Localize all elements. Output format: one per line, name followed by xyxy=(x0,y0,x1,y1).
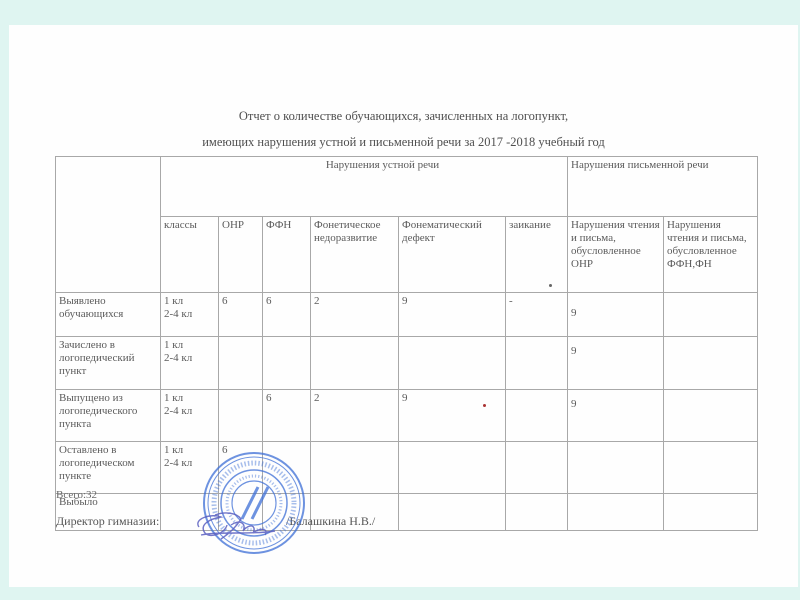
signature-icon xyxy=(191,505,281,545)
cell-ffn: 6 xyxy=(263,390,311,442)
row-label: Оставлено в логопедическом пункте xyxy=(56,442,161,494)
cell-rw-ffn xyxy=(664,293,758,337)
cell-phonemic xyxy=(399,442,506,494)
cell-rw-onr: 9 xyxy=(568,337,664,390)
table-row: Выбыло xyxy=(56,494,758,531)
cell-stutter: - xyxy=(506,293,568,337)
cell-phonemic xyxy=(399,494,506,531)
cell-phonemic: 9 xyxy=(399,293,506,337)
cell-phonetic xyxy=(311,442,399,494)
col-header-rw-onr: Нарушения чтения и письма, обусловленное… xyxy=(568,217,664,293)
column-header-row: классы ОНР ФФН Фонетическое недоразвитие… xyxy=(56,217,758,293)
cell-stutter xyxy=(506,337,568,390)
total-count: Всего:32 xyxy=(56,489,97,501)
cell-stutter xyxy=(506,390,568,442)
col-header-ffn: ФФН xyxy=(263,217,311,293)
report-title-line1: Отчет о количестве обучающихся, зачислен… xyxy=(9,109,798,124)
scan-speck xyxy=(483,404,486,407)
cell-phonetic xyxy=(311,337,399,390)
cell-rw-onr: 9 xyxy=(568,293,664,337)
table-row: Выявлено обучающихся1 кл2-4 кл6629-9 xyxy=(56,293,758,337)
cell-rw-ffn xyxy=(664,390,758,442)
row-label: Выявлено обучающихся xyxy=(56,293,161,337)
col-header-rw-ffn: Нарушения чтения и письма, обусловленное… xyxy=(664,217,758,293)
cell-rw-ffn xyxy=(664,337,758,390)
cell-ffn: 6 xyxy=(263,293,311,337)
row-classes: 1 кл2-4 кл xyxy=(161,390,219,442)
cell-onr xyxy=(219,390,263,442)
col-header-phonetic: Фонетическое недоразвитие xyxy=(311,217,399,293)
row-label: Выпущено из логопедического пункта xyxy=(56,390,161,442)
scanned-document-page: Отчет о количестве обучающихся, зачислен… xyxy=(9,25,798,587)
cell-rw-ffn xyxy=(664,494,758,531)
cell-rw-onr xyxy=(568,494,664,531)
group-header-row: Нарушения устной речи Нарушения письменн… xyxy=(56,157,758,217)
cell-onr: 6 xyxy=(219,293,263,337)
written-speech-header: Нарушения письменной речи xyxy=(568,157,758,217)
oral-speech-header: Нарушения устной речи xyxy=(161,157,568,217)
col-header-onr: ОНР xyxy=(219,217,263,293)
row-classes: 1 кл2-4 кл xyxy=(161,293,219,337)
scan-speck xyxy=(549,284,552,287)
col-header-stutter: заикание xyxy=(506,217,568,293)
cell-rw-ffn xyxy=(664,442,758,494)
cell-phonetic: 2 xyxy=(311,390,399,442)
col-header-phonemic: Фонематический дефект xyxy=(399,217,506,293)
cell-ffn xyxy=(263,337,311,390)
director-label: Директор гимназии: xyxy=(56,514,159,529)
cell-stutter xyxy=(506,442,568,494)
cell-rw-onr: 9 xyxy=(568,390,664,442)
cell-phonemic xyxy=(399,337,506,390)
table-row: Оставлено в логопедическом пункте1 кл2-4… xyxy=(56,442,758,494)
row-classes: 1 кл2-4 кл xyxy=(161,337,219,390)
table-row: Зачислено в логопедический пункт1 кл2-4 … xyxy=(56,337,758,390)
cell-rw-onr xyxy=(568,442,664,494)
row-label: Зачислено в логопедический пункт xyxy=(56,337,161,390)
cell-phonetic: 2 xyxy=(311,293,399,337)
report-title-line2: имеющих нарушения устной и письменной ре… xyxy=(9,135,798,150)
col-header-classes: классы xyxy=(161,217,219,293)
report-table: Нарушения устной речи Нарушения письменн… xyxy=(55,156,758,531)
corner-cell xyxy=(56,157,161,293)
table-row: Выпущено из логопедического пункта1 кл2-… xyxy=(56,390,758,442)
cell-stutter xyxy=(506,494,568,531)
cell-onr xyxy=(219,337,263,390)
cell-phonemic: 9 xyxy=(399,390,506,442)
